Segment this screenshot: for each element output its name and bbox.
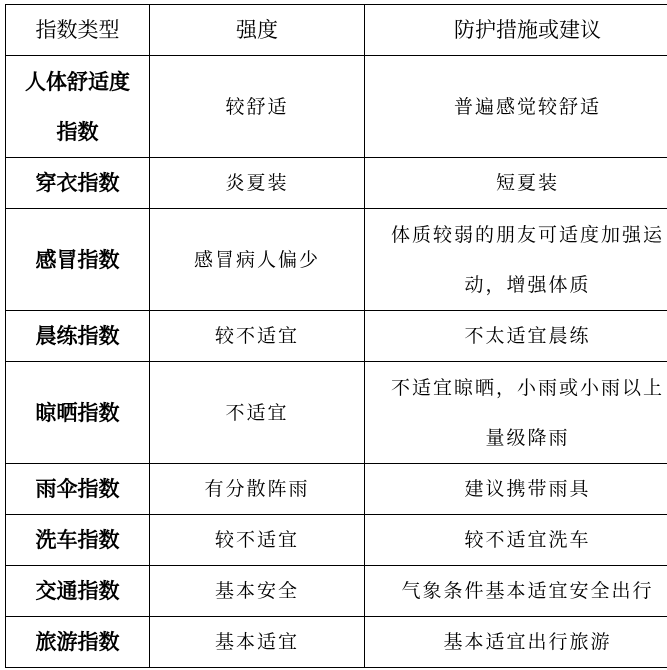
intensity-cell: 较舒适: [150, 56, 365, 158]
advice-cell: 普遍感觉较舒适: [365, 56, 667, 158]
advice-cell: 气象条件基本适宜安全出行: [365, 566, 667, 617]
advice-cell: 建议携带雨具: [365, 464, 667, 515]
header-intensity: 强度: [150, 5, 365, 56]
index-type-cell: 洗车指数: [6, 515, 150, 566]
advice-cell: 基本适宜出行旅游: [365, 617, 667, 668]
table-row: 旅游指数 基本适宜 基本适宜出行旅游: [6, 617, 667, 668]
header-advice: 防护措施或建议: [365, 5, 667, 56]
intensity-cell: 炎夏装: [150, 158, 365, 209]
table-row: 交通指数 基本安全 气象条件基本适宜安全出行: [6, 566, 667, 617]
index-type-cell: 雨伞指数: [6, 464, 150, 515]
index-type-cell: 穿衣指数: [6, 158, 150, 209]
intensity-cell: 感冒病人偏少: [150, 209, 365, 311]
intensity-cell: 不适宜: [150, 362, 365, 464]
advice-line2: 动，增强体质: [369, 260, 667, 310]
index-type-cell: 晾晒指数: [6, 362, 150, 464]
table-header-row: 指数类型 强度 防护措施或建议: [6, 5, 667, 56]
intensity-cell: 基本适宜: [150, 617, 365, 668]
table-row: 雨伞指数 有分散阵雨 建议携带雨具: [6, 464, 667, 515]
intensity-cell: 较不适宜: [150, 311, 365, 362]
advice-line1: 体质较弱的朋友可适度加强运: [369, 210, 667, 260]
weather-index-table: 指数类型 强度 防护措施或建议 人体舒适度 指数 较舒适 普遍感觉较舒适 穿衣指…: [5, 4, 667, 668]
table-row: 人体舒适度 指数 较舒适 普遍感觉较舒适: [6, 56, 667, 158]
intensity-cell: 基本安全: [150, 566, 365, 617]
index-type-line2: 指数: [10, 107, 145, 157]
header-index-type: 指数类型: [6, 5, 150, 56]
advice-line2: 量级降雨: [369, 413, 667, 463]
table-row: 感冒指数 感冒病人偏少 体质较弱的朋友可适度加强运 动，增强体质: [6, 209, 667, 311]
advice-cell: 不适宜晾晒，小雨或小雨以上 量级降雨: [365, 362, 667, 464]
intensity-cell: 较不适宜: [150, 515, 365, 566]
intensity-cell: 有分散阵雨: [150, 464, 365, 515]
table-row: 晾晒指数 不适宜 不适宜晾晒，小雨或小雨以上 量级降雨: [6, 362, 667, 464]
index-type-cell: 晨练指数: [6, 311, 150, 362]
index-type-cell: 感冒指数: [6, 209, 150, 311]
index-type-cell: 人体舒适度 指数: [6, 56, 150, 158]
table-row: 晨练指数 较不适宜 不太适宜晨练: [6, 311, 667, 362]
table-row: 洗车指数 较不适宜 较不适宜洗车: [6, 515, 667, 566]
advice-cell: 不太适宜晨练: [365, 311, 667, 362]
advice-cell: 短夏装: [365, 158, 667, 209]
index-type-line1: 人体舒适度: [10, 57, 145, 107]
table-row: 穿衣指数 炎夏装 短夏装: [6, 158, 667, 209]
index-type-cell: 交通指数: [6, 566, 150, 617]
advice-cell: 较不适宜洗车: [365, 515, 667, 566]
advice-line1: 不适宜晾晒，小雨或小雨以上: [369, 363, 667, 413]
index-type-cell: 旅游指数: [6, 617, 150, 668]
advice-cell: 体质较弱的朋友可适度加强运 动，增强体质: [365, 209, 667, 311]
